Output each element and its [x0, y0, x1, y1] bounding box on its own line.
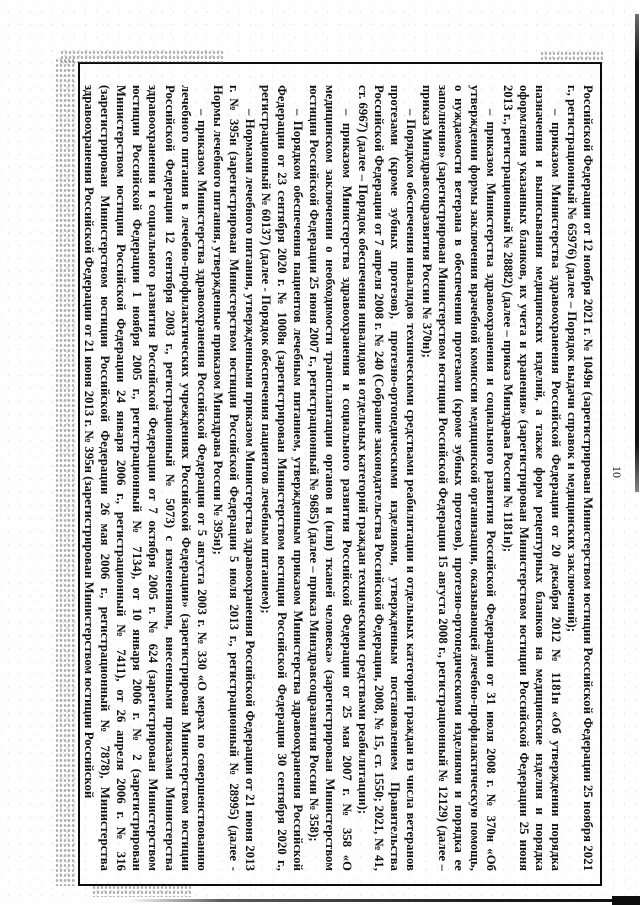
paragraph: – Порядком обеспечения пациентов лечебны…	[258, 85, 306, 871]
page-number: 10	[609, 466, 624, 478]
paragraph: – приказом Министерства здравоохранения …	[499, 85, 563, 871]
paragraph: – Нормами лечебного питания, утвержденны…	[210, 85, 258, 871]
paragraph: – Порядком обеспечения инвалидов техниче…	[355, 85, 419, 871]
scanned-document-page: 10 Российской Федерации от 12 ноября 202…	[0, 0, 640, 905]
document-text-block: Российской Федерации от 12 ноября 2021 г…	[81, 85, 596, 871]
paragraph: – приказом Министерства здравоохранения …	[419, 85, 499, 871]
rotated-page-content: 10 Российской Федерации от 12 ноября 202…	[0, 0, 640, 905]
paragraph: – приказом Министерства здравоохранения …	[81, 85, 210, 871]
paragraph: Российской Федерации от 12 ноября 2021 г…	[564, 85, 596, 871]
paragraph: – приказом Министерства здравоохранения …	[306, 85, 354, 871]
